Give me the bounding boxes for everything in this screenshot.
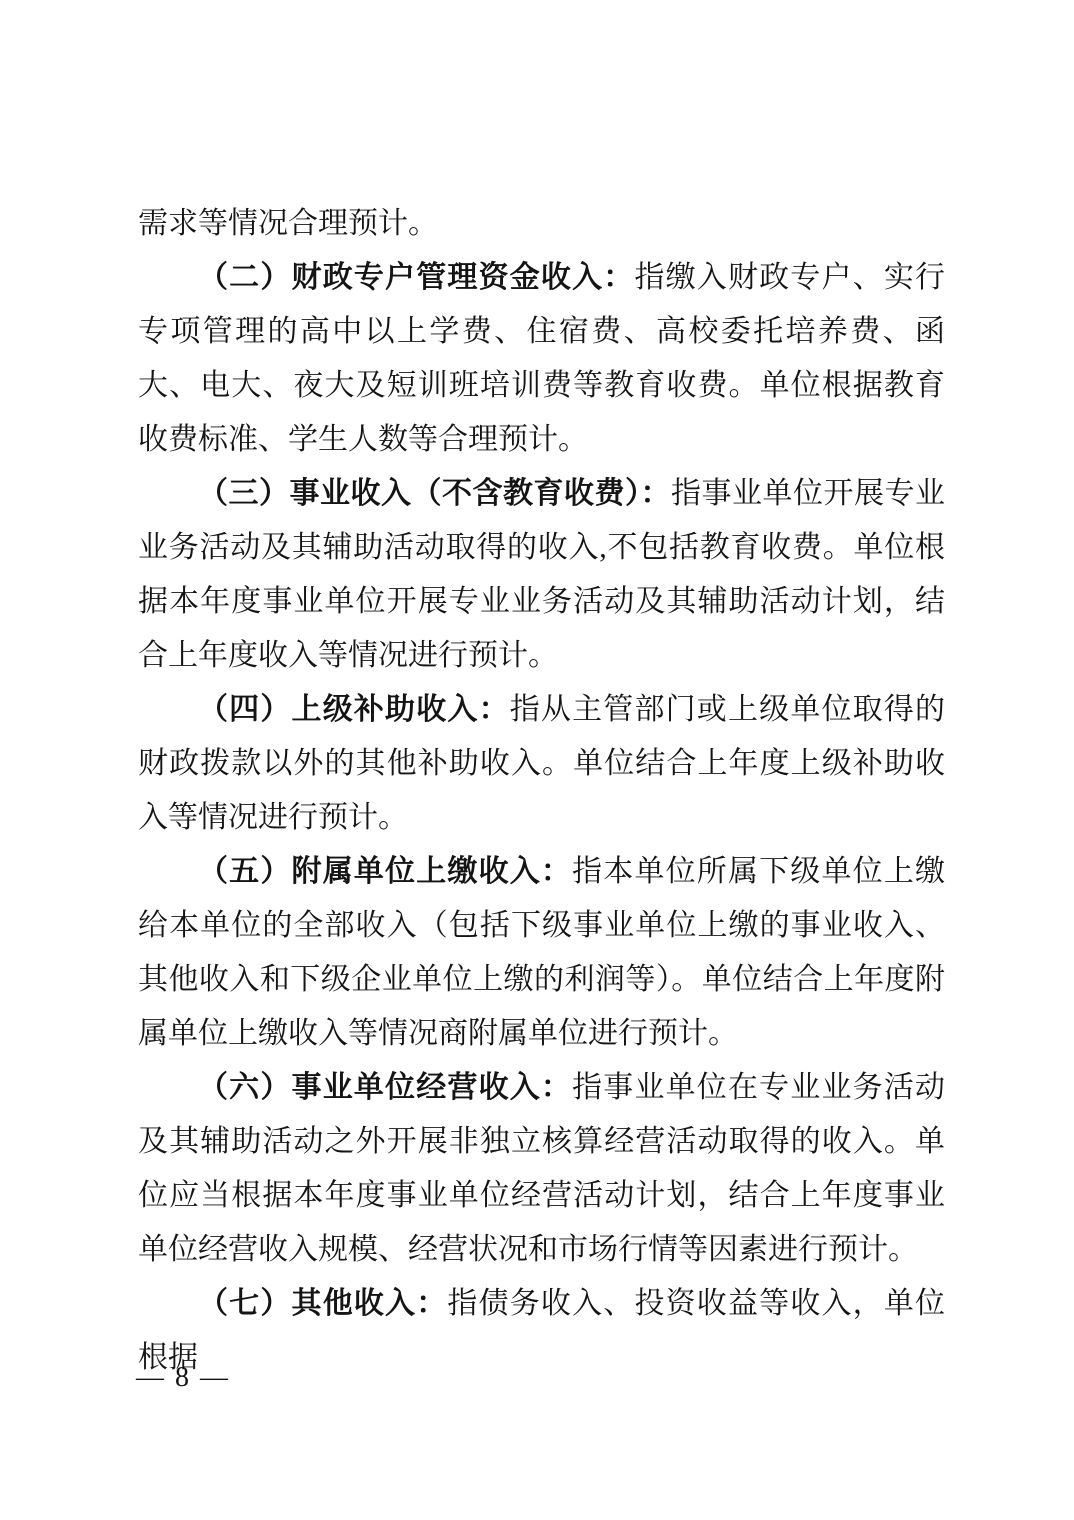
paragraph: （三）事业收入（不含教育收费）：指事业单位开展专业业务活动及其辅助活动取得的收入… [138, 467, 945, 683]
paragraph-lead: （二）财政专户管理资金收入： [198, 261, 634, 294]
paragraph: （五）附属单位上缴收入：指本单位所属下级单位上缴给本单位的全部收入（包括下级事业… [138, 845, 945, 1061]
paragraph: 需求等情况合理预计。 [138, 197, 945, 251]
page-number: — 8 — [136, 1360, 230, 1396]
paragraph-lead: （七）其他收入： [198, 1287, 447, 1320]
paragraph: （二）财政专户管理资金收入：指缴入财政专户、实行专项管理的高中以上学费、住宿费、… [138, 251, 945, 467]
paragraph-lead: （五）附属单位上缴收入： [198, 855, 572, 888]
paragraph-lead: （三）事业收入（不含教育收费）： [198, 477, 671, 510]
paragraph: （六）事业单位经营收入：指事业单位在专业业务活动及其辅助活动之外开展非独立核算经… [138, 1061, 945, 1277]
paragraph-lead: （四）上级补助收入： [198, 693, 510, 726]
paragraph: （七）其他收入：指债务收入、投资收益等收入，单位根据 [138, 1277, 945, 1385]
document-page: 需求等情况合理预计。 （二）财政专户管理资金收入：指缴入财政专户、实行专项管理的… [0, 0, 1074, 1520]
paragraph-text: 需求等情况合理预计。 [138, 207, 438, 240]
paragraph: （四）上级补助收入：指从主管部门或上级单位取得的财政拨款以外的其他补助收入。单位… [138, 683, 945, 845]
paragraph-lead: （六）事业单位经营收入： [198, 1071, 572, 1104]
document-body: 需求等情况合理预计。 （二）财政专户管理资金收入：指缴入财政专户、实行专项管理的… [138, 197, 945, 1385]
